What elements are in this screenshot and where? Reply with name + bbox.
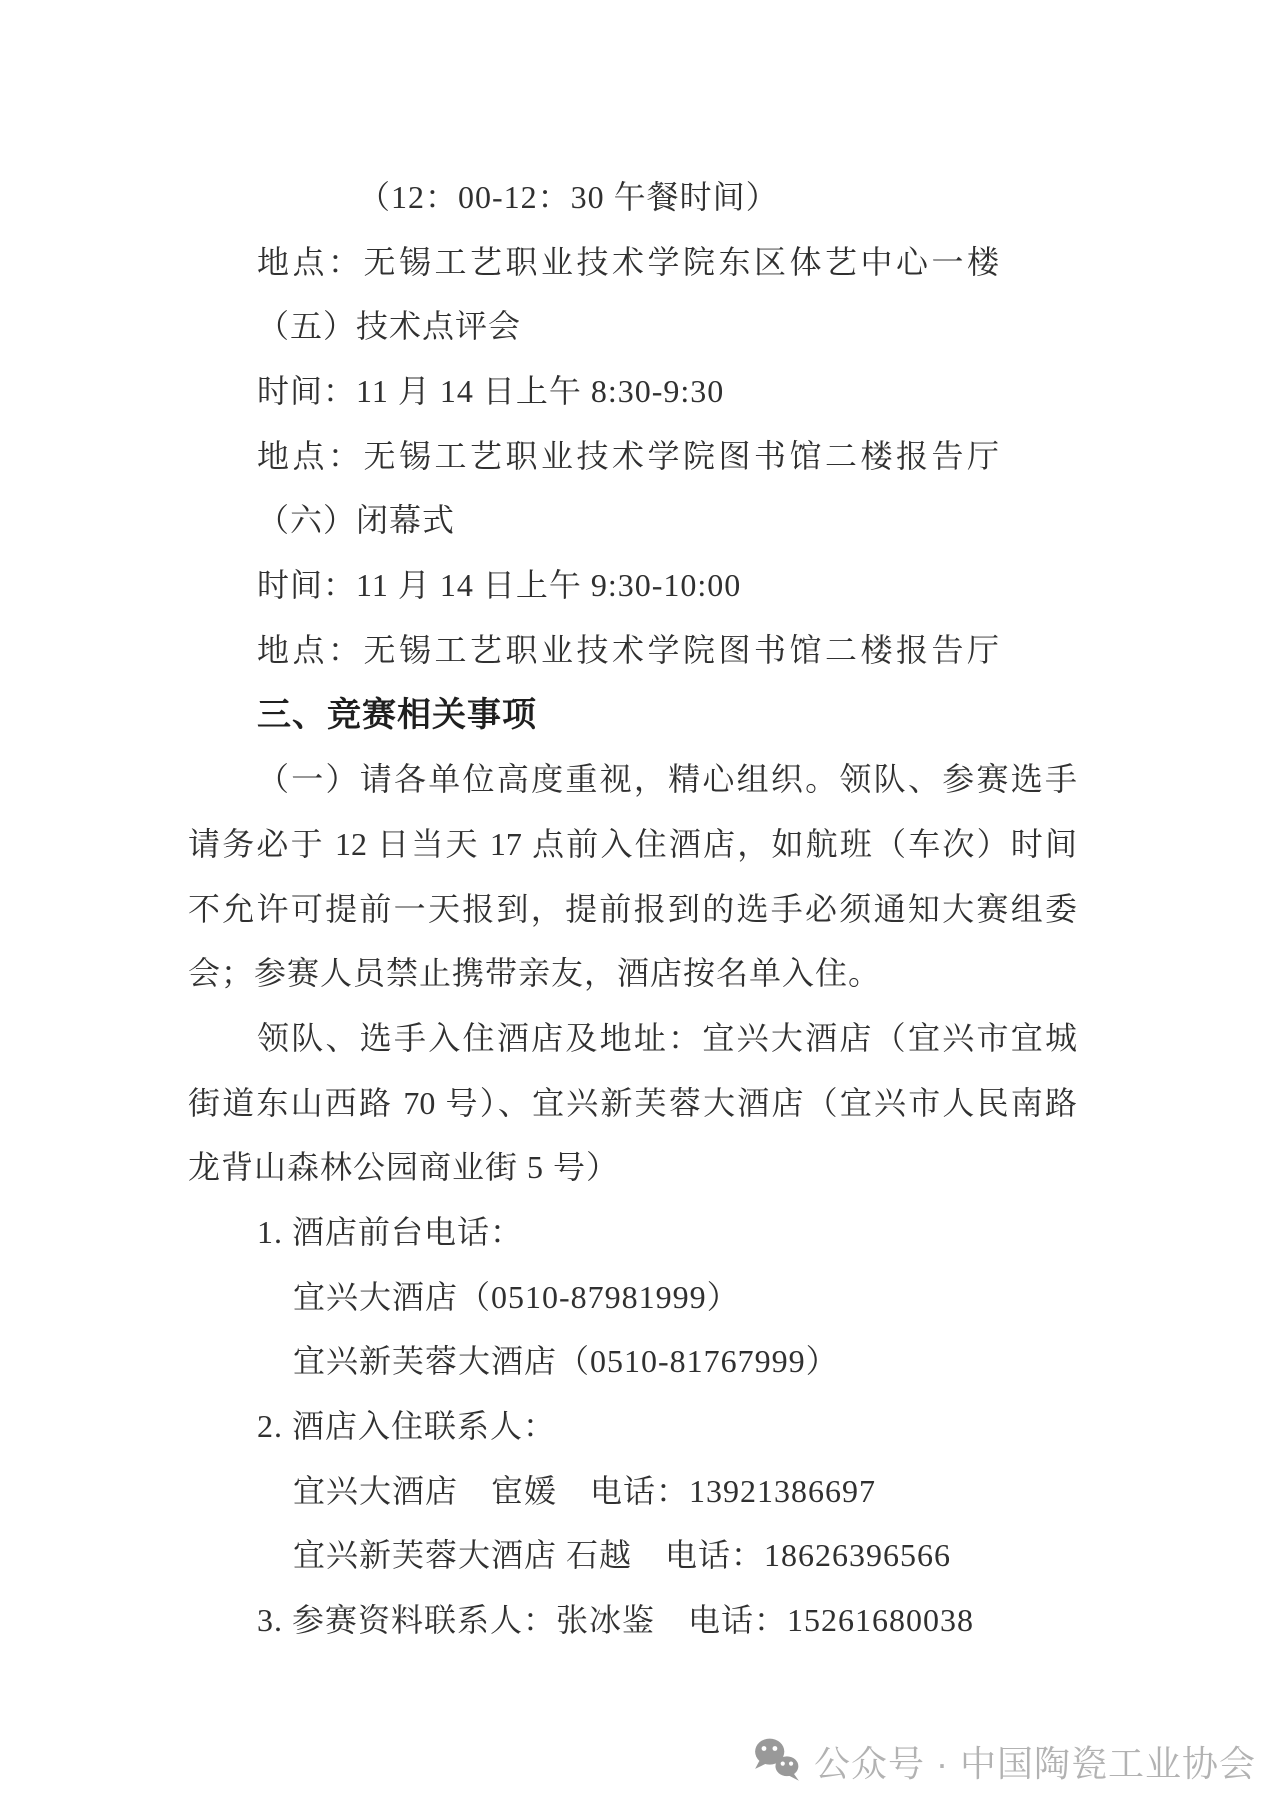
text-line: 时间：11 月 14 日上午 9:30-10:00: [188, 553, 1077, 618]
text-line: 宜兴大酒店（0510-87981999）: [188, 1265, 1077, 1330]
text-line: 宜兴新芙蓉大酒店 石越 电话：18626396566: [188, 1523, 1077, 1588]
text-line: 街道东山西路 70 号）、宜兴新芙蓉大酒店（宜兴市人民南路: [188, 1071, 1077, 1136]
text-line: 地点：无锡工艺职业技术学院图书馆二楼报告厅: [188, 424, 1077, 489]
text-line: （六）闭幕式: [188, 488, 1077, 553]
text-line: 地点：无锡工艺职业技术学院东区体艺中心一楼: [188, 230, 1077, 295]
wechat-icon: [752, 1736, 802, 1791]
text-line: 2. 酒店入住联系人：: [188, 1394, 1077, 1459]
text-line: 不允许可提前一天报到，提前报到的选手必须通知大赛组委: [188, 877, 1077, 942]
text-line: 地点：无锡工艺职业技术学院图书馆二楼报告厅: [188, 618, 1077, 683]
text-line: 1. 酒店前台电话：: [188, 1200, 1077, 1265]
text-line: 龙背山森林公园商业街 5 号）: [188, 1135, 1077, 1200]
text-line: 会；参赛人员禁止携带亲友，酒店按名单入住。: [188, 941, 1077, 1006]
section-heading: 三、竞赛相关事项: [188, 683, 1077, 748]
text-line: 3. 参赛资料联系人：张冰鉴 电话：15261680038: [188, 1588, 1077, 1653]
text-line: 宜兴新芙蓉大酒店（0510-81767999）: [188, 1329, 1077, 1394]
text-line: （12：00-12：30 午餐时间）: [188, 165, 1077, 230]
text-line: （一）请各单位高度重视，精心组织。领队、参赛选手: [188, 747, 1077, 812]
document-page: （12：00-12：30 午餐时间） 地点：无锡工艺职业技术学院东区体艺中心一楼…: [188, 165, 1077, 1653]
text-line: 宜兴大酒店 宦媛 电话：13921386697: [188, 1459, 1077, 1524]
text-line: 时间：11 月 14 日上午 8:30-9:30: [188, 359, 1077, 424]
text-line: 请务必于 12 日当天 17 点前入住酒店，如航班（车次）时间: [188, 812, 1077, 877]
wechat-watermark: 公众号 · 中国陶瓷工业协会: [752, 1736, 1256, 1791]
text-line: 领队、选手入住酒店及地址：宜兴大酒店（宜兴市宜城: [188, 1006, 1077, 1071]
text-line: （五）技术点评会: [188, 294, 1077, 359]
watermark-label: 公众号 · 中国陶瓷工业协会: [814, 1738, 1256, 1790]
